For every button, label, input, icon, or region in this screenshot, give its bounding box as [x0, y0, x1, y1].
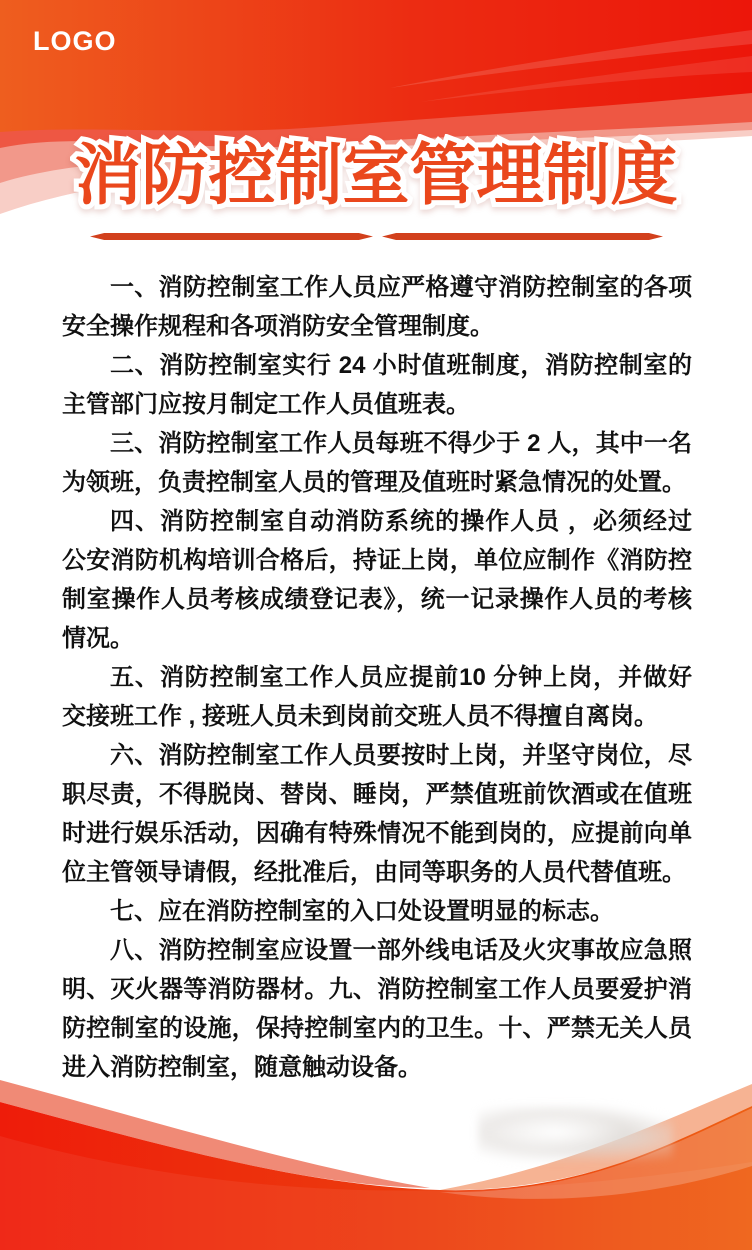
poster-title-text: 消防控制室管理制度: [0, 132, 752, 220]
rule-paragraph: 五、消防控制室工作人员应提前10 分钟上岗，并做好交接班工作 , 接班人员未到岗…: [62, 658, 692, 736]
logo-text: LOGO: [33, 26, 117, 57]
rule-paragraph: 一、消防控制室工作人员应严格遵守消防控制室的各项安全操作规程和各项消防安全管理制…: [62, 268, 692, 346]
title-divider-right: [382, 233, 663, 240]
rules-text-block: 一、消防控制室工作人员应严格遵守消防控制室的各项安全操作规程和各项消防安全管理制…: [62, 268, 692, 1087]
rule-paragraph: 六、消防控制室工作人员要按时上岗，并坚守岗位，尽职尽责，不得脱岗、替岗、睡岗，严…: [62, 736, 692, 892]
title-divider-left: [90, 233, 373, 240]
rule-paragraph: 三、消防控制室工作人员每班不得少于 2 人，其中一名为领班，负责控制室人员的管理…: [62, 424, 692, 502]
footer-wave-graphic: [0, 1040, 752, 1250]
rule-paragraph: 四、消防控制室自动消防系统的操作人员 ，必须经过公安消防机构培训合格后，持证上岗…: [62, 502, 692, 658]
rule-paragraph: 二、消防控制室实行 24 小时值班制度，消防控制室的主管部门应按月制定工作人员值…: [62, 346, 692, 424]
poster-title: 消防控制室管理制度 消防控制室管理制度: [0, 132, 752, 224]
rule-paragraph: 七、应在消防控制室的入口处设置明显的标志。: [62, 892, 692, 931]
fire-control-room-poster: LOGO 消防控制室管理制度 消防控制室管理制度 一、消防控制室工作人员应严格遵…: [0, 0, 752, 1250]
